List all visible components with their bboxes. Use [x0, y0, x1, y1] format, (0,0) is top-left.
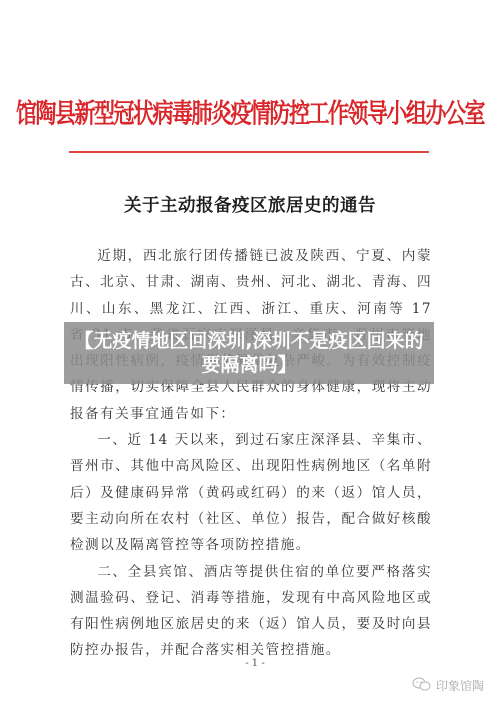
- header-divider: [69, 151, 429, 153]
- notice-title: 关于主动报备疫区旅居史的通告: [0, 192, 500, 217]
- org-header: 馆陶县新型冠状病毒肺炎疫情防控工作领导小组办公室: [0, 93, 500, 131]
- caption-overlay: 【无疫情地区回深圳,深圳不是疫区回来的要隔离吗】: [64, 322, 434, 384]
- paragraph-item-2: 二、全县宾馆、酒店等提供住宿的单位要严格落实测温验码、登记、消毒等措施，发现有中…: [70, 559, 432, 664]
- document-page: 馆陶县新型冠状病毒肺炎疫情防控工作领导小组办公室 关于主动报备疫区旅居史的通告 …: [0, 0, 500, 707]
- paragraph-item-1: 一、近 14 天以来，到过石家庄深泽县、辛集市、晋州市、其他中高风险区、出现阳性…: [70, 427, 432, 558]
- caption-text: 【无疫情地区回深圳,深圳不是疫区回来的要隔离吗】: [74, 329, 424, 377]
- notice-body: 近期，西北旅行团传播链已波及陕西、宁夏、内蒙古、北京、甘肃、湖南、贵州、河北、湖…: [70, 243, 432, 664]
- wechat-icon: [412, 676, 432, 695]
- watermark-label: 印象馆陶: [436, 677, 484, 694]
- watermark: 印象馆陶: [412, 675, 484, 695]
- page-number: - 1 -: [240, 658, 270, 669]
